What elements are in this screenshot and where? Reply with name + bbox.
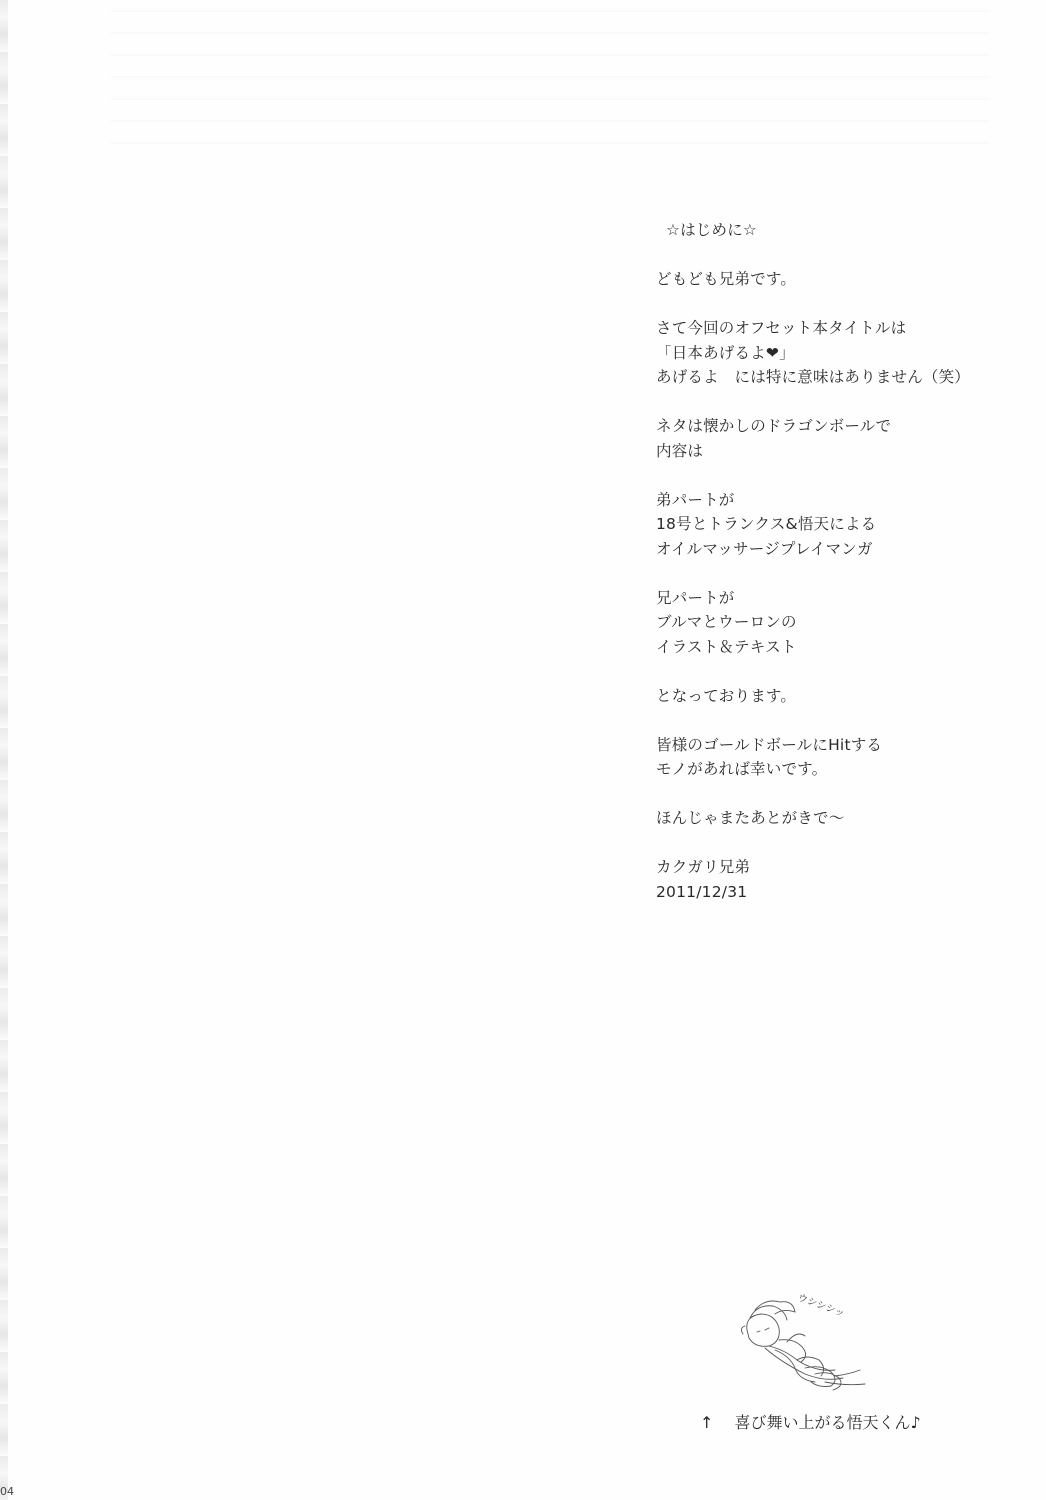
manga-page: ☆はじめに☆ どもども兄弟です。 さて今回のオフセット本タイトルは 「日本あげる… (0, 0, 1046, 1500)
text-line: 弟パートが (656, 488, 1016, 513)
text-line: あげるよ には特に意味はありません（笑） (656, 365, 1016, 390)
text-line: 18号とトランクス&悟天による (656, 512, 1016, 537)
text-line: ネタは懐かしのドラゴンボールで (656, 414, 1016, 439)
text-line: ブルマとウーロンの (656, 610, 1016, 635)
text-line: モノがあれば幸いです。 (656, 757, 1016, 782)
up-arrow-icon: ↑ (700, 1413, 713, 1432)
text-line: さて今回のオフセット本タイトルは (656, 316, 1016, 341)
text-line: どもども兄弟です。 (656, 267, 1016, 292)
character-sketch-illustration: ウシシシッ (735, 1290, 880, 1400)
text-line: となっております。 (656, 684, 1016, 709)
sound-effect-text: ウシシシッ (796, 1292, 846, 1320)
date: 2011/12/31 (656, 880, 1016, 905)
text-line: オイルマッサージプレイマンガ (656, 537, 1016, 562)
text-line: 兄パートが (656, 586, 1016, 611)
bleed-through-texture (110, 10, 990, 150)
book-title: 「日本あげるよ❤」 (656, 341, 1016, 366)
illustration-caption: ↑ 喜び舞い上がる悟天くん♪ (700, 1410, 921, 1433)
author-name: カクガリ兄弟 (656, 855, 1016, 880)
page-number: 04 (0, 1485, 14, 1498)
caption-text: 喜び舞い上がる悟天くん♪ (735, 1413, 921, 1432)
text-line: 皆様のゴールドボールにHitする (656, 733, 1016, 758)
heading: ☆はじめに☆ (656, 218, 1016, 243)
text-line: ほんじゃまたあとがきで～ (656, 806, 1016, 831)
scanned-page-edge (0, 0, 8, 1500)
text-line: イラスト＆テキスト (656, 635, 1016, 660)
text-line: 内容は (656, 439, 1016, 464)
intro-text-block: ☆はじめに☆ どもども兄弟です。 さて今回のオフセット本タイトルは 「日本あげる… (656, 218, 1016, 904)
